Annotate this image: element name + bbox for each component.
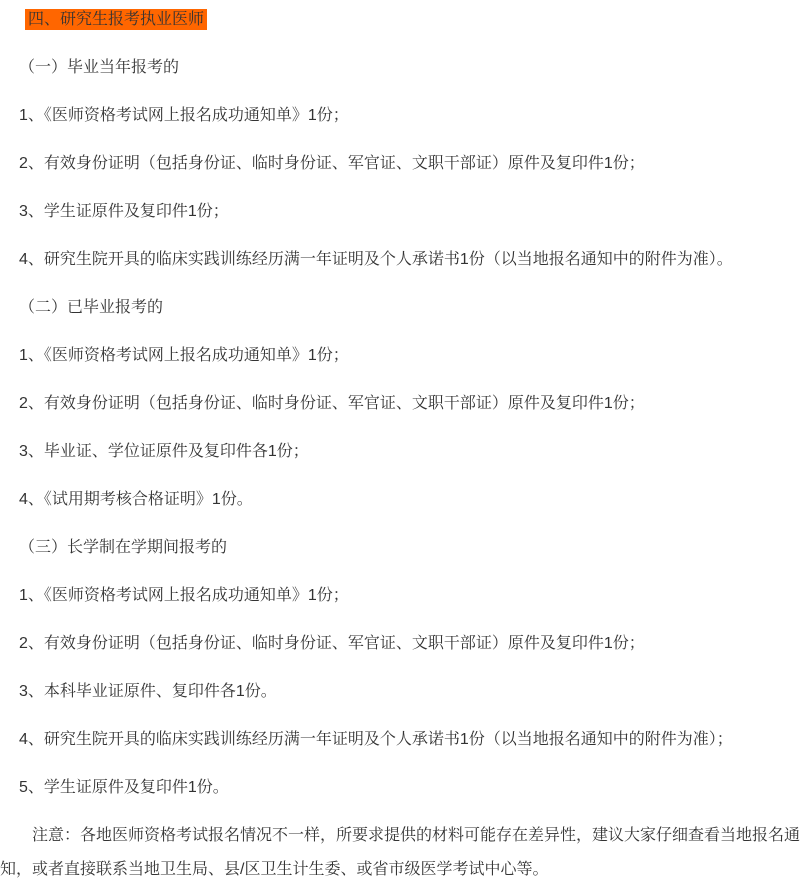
- requirement-item: 2、有效身份证明（包括身份证、临时身份证、军官证、文职干部证）原件及复印件1份；: [0, 627, 802, 661]
- article-heading: 四、研究生报考执业医师: [0, 3, 802, 37]
- note-paragraph: 注意：各地医师资格考试报名情况不一样，所要求提供的材料可能存在差异性，建议大家仔…: [0, 819, 802, 887]
- requirement-item: 1、《医师资格考试网上报名成功通知单》1份；: [0, 99, 802, 133]
- article-body: 四、研究生报考执业医师 （一）毕业当年报考的 1、《医师资格考试网上报名成功通知…: [0, 0, 802, 887]
- requirement-item: 4、研究生院开具的临床实践训练经历满一年证明及个人承诺书1份（以当地报名通知中的…: [0, 723, 802, 757]
- section-title-1: （一）毕业当年报考的: [0, 51, 802, 85]
- section-title-2: （二）已毕业报考的: [0, 291, 802, 325]
- section-title-3: （三）长学制在学期间报考的: [0, 531, 802, 565]
- requirement-item: 3、毕业证、学位证原件及复印件各1份；: [0, 435, 802, 469]
- requirement-item: 3、学生证原件及复印件1份；: [0, 195, 802, 229]
- requirement-item: 2、有效身份证明（包括身份证、临时身份证、军官证、文职干部证）原件及复印件1份；: [0, 387, 802, 421]
- requirement-item: 1、《医师资格考试网上报名成功通知单》1份；: [0, 339, 802, 373]
- requirement-item: 4、《试用期考核合格证明》1份。: [0, 483, 802, 517]
- requirement-item: 4、研究生院开具的临床实践训练经历满一年证明及个人承诺书1份（以当地报名通知中的…: [0, 243, 802, 277]
- heading-highlight: 四、研究生报考执业医师: [25, 9, 207, 30]
- requirement-item: 5、学生证原件及复印件1份。: [0, 771, 802, 805]
- requirement-item: 2、有效身份证明（包括身份证、临时身份证、军官证、文职干部证）原件及复印件1份；: [0, 147, 802, 181]
- requirement-item: 1、《医师资格考试网上报名成功通知单》1份；: [0, 579, 802, 613]
- document-page: { "page": { "background_color": "#ffffff…: [0, 0, 802, 891]
- requirement-item: 3、本科毕业证原件、复印件各1份。: [0, 675, 802, 709]
